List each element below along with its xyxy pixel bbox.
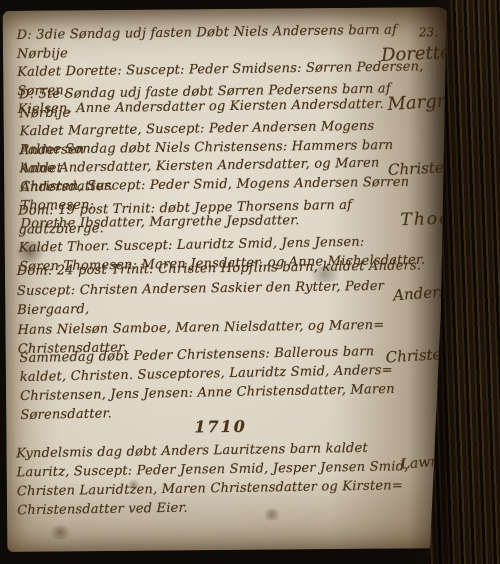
register-page: 23. D: 3die Søndag udj fasten Døbt Niels… (3, 7, 458, 552)
margin-child-name-5: Anders (393, 282, 448, 304)
manuscript-photo: 23. D: 3die Søndag udj fasten Døbt Niels… (0, 0, 500, 564)
baptism-entry-7: Kyndelsmis dag døbt Anders Lauritzens ba… (16, 438, 437, 521)
year-heading: 1710 (194, 417, 247, 436)
ink-stain (47, 525, 73, 539)
baptism-entry-6: Sammedag døbt Peder Christensens: Baller… (19, 341, 440, 425)
margin-child-name-1: Dorette. (381, 42, 457, 66)
